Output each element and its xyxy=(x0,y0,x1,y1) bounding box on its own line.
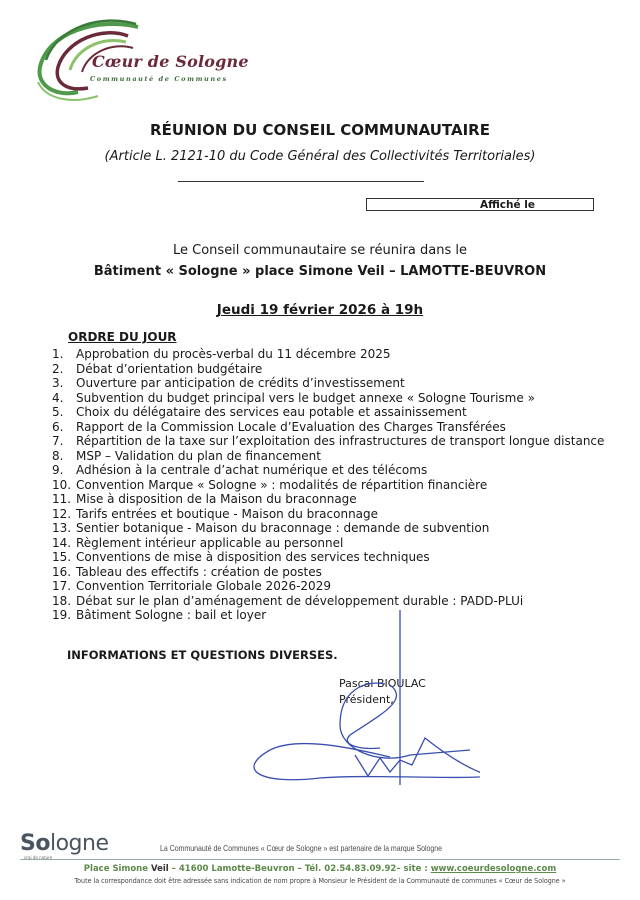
logo-title: Cœur de Sologne xyxy=(92,52,249,71)
address-street-name: Veil xyxy=(151,864,169,874)
agenda-item: 2.Débat d’orientation budgétaire xyxy=(52,362,604,377)
correspondence-notice: Toute la correspondance doit être adress… xyxy=(45,876,595,885)
agenda-item-text: Convention Territoriale Globale 2026-202… xyxy=(76,579,331,593)
agenda-item-number: 1. xyxy=(52,347,76,362)
agenda-item: 18.Débat sur le plan d’aménagement de dé… xyxy=(52,594,604,609)
agenda-item: 7.Répartition de la taxe sur l’exploitat… xyxy=(52,434,604,449)
agenda-item-text: Tarifs entrées et boutique - Maison du b… xyxy=(76,507,378,521)
agenda-item: 4.Subvention du budget principal vers le… xyxy=(52,391,604,406)
agenda-item-number: 18. xyxy=(52,594,76,609)
legal-reference: (Article L. 2121-10 du Code Général des … xyxy=(0,149,640,164)
agenda-item-number: 3. xyxy=(52,376,76,391)
agenda-item-number: 7. xyxy=(52,434,76,449)
title-divider xyxy=(178,181,424,182)
agenda-item-text: Rapport de la Commission Locale d’Evalua… xyxy=(76,420,506,434)
agenda-item: 15.Conventions de mise à disposition des… xyxy=(52,550,604,565)
agenda-item-text: Subvention du budget principal vers le b… xyxy=(76,391,535,405)
agenda-item: 12.Tarifs entrées et boutique - Maison d… xyxy=(52,507,604,522)
agenda-item: 17.Convention Territoriale Globale 2026-… xyxy=(52,579,604,594)
agenda-item-text: Sentier botanique - Maison du braconnage… xyxy=(76,521,489,535)
agenda-item-number: 12. xyxy=(52,507,76,522)
agenda-item-number: 17. xyxy=(52,579,76,594)
brand-logo-rest: logne xyxy=(50,831,109,856)
address-contact: – 41600 Lamotte-Beuvron – Tél. 02.54.83.… xyxy=(172,864,428,874)
agenda-item: 8.MSP – Validation du plan de financemen… xyxy=(52,449,604,464)
agenda-item-text: Bâtiment Sologne : bail et loyer xyxy=(76,608,266,622)
brand-logo-bold: So xyxy=(20,831,50,856)
agenda-item-text: Répartition de la taxe sur l’exploitatio… xyxy=(76,434,604,448)
agenda-item-number: 8. xyxy=(52,449,76,464)
agenda-item: 13.Sentier botanique - Maison du braconn… xyxy=(52,521,604,536)
agenda-title: ORDRE DU JOUR xyxy=(68,330,177,344)
agenda-item-number: 15. xyxy=(52,550,76,565)
agenda-item-text: Débat d’orientation budgétaire xyxy=(76,362,262,376)
agenda-item-number: 5. xyxy=(52,405,76,420)
meeting-date: Jeudi 19 février 2026 à 19h xyxy=(0,302,640,318)
agenda-item: 9.Adhésion à la centrale d’achat numériq… xyxy=(52,463,604,478)
agenda-item-number: 19. xyxy=(52,608,76,623)
meeting-venue: Bâtiment « Sologne » place Simone Veil –… xyxy=(0,264,640,279)
agenda-item: 5.Choix du délégataire des services eau … xyxy=(52,405,604,420)
address-street: Place Simone xyxy=(84,864,148,874)
agenda-item: 3.Ouverture par anticipation de crédits … xyxy=(52,376,604,391)
agenda-item-number: 10. xyxy=(52,478,76,493)
agenda-item-number: 14. xyxy=(52,536,76,551)
agenda-item-number: 2. xyxy=(52,362,76,377)
agenda-item: 14.Règlement intérieur applicable au per… xyxy=(52,536,604,551)
agenda-item-text: Tableau des effectifs : création de post… xyxy=(76,565,322,579)
agenda-item-text: Règlement intérieur applicable au person… xyxy=(76,536,343,550)
agenda-item: 6.Rapport de la Commission Locale d’Eval… xyxy=(52,420,604,435)
agenda-item-text: Convention Marque « Sologne » : modalité… xyxy=(76,478,487,492)
agenda-item: 11.Mise à disposition de la Maison du br… xyxy=(52,492,604,507)
partner-statement: La Communauté de Communes « Cœur de Solo… xyxy=(160,843,442,853)
agenda-item-text: Conventions de mise à disposition des se… xyxy=(76,550,430,564)
agenda-item-text: Débat sur le plan d’aménagement de dével… xyxy=(76,594,523,608)
agenda-item: 1.Approbation du procès-verbal du 11 déc… xyxy=(52,347,604,362)
footer-address: Place Simone Veil – 41600 Lamotte-Beuvro… xyxy=(0,864,640,874)
logo-subtitle: Communauté de Communes xyxy=(90,75,228,83)
footer-divider xyxy=(20,859,620,860)
agenda-item-number: 4. xyxy=(52,391,76,406)
agenda-item-text: Choix du délégataire des services eau po… xyxy=(76,405,467,419)
agenda-item-number: 16. xyxy=(52,565,76,580)
website-link[interactable]: www.coeurdesologne.com xyxy=(431,864,557,874)
agenda-item-number: 13. xyxy=(52,521,76,536)
agenda-item-number: 11. xyxy=(52,492,76,507)
posted-on-box: Affiché le xyxy=(366,198,594,211)
document-title: RÉUNION DU CONSEIL COMMUNAUTAIRE xyxy=(0,121,640,139)
agenda-item-text: MSP – Validation du plan de financement xyxy=(76,449,321,463)
meeting-intro: Le Conseil communautaire se réunira dans… xyxy=(0,243,640,258)
agenda-item-number: 6. xyxy=(52,420,76,435)
agenda-item-number: 9. xyxy=(52,463,76,478)
sologne-brand-logo: Sologne xyxy=(20,831,108,856)
agenda-item-text: Ouverture par anticipation de crédits d’… xyxy=(76,376,405,390)
agenda-item-text: Approbation du procès-verbal du 11 décem… xyxy=(76,347,390,361)
agenda-item: 10.Convention Marque « Sologne » : modal… xyxy=(52,478,604,493)
agenda-item-text: Adhésion à la centrale d’achat numérique… xyxy=(76,463,427,477)
agenda-item: 16.Tableau des effectifs : création de p… xyxy=(52,565,604,580)
agenda-item-text: Mise à disposition de la Maison du braco… xyxy=(76,492,357,506)
signature-scribble xyxy=(240,610,480,790)
agenda-list: 1.Approbation du procès-verbal du 11 déc… xyxy=(52,347,604,623)
